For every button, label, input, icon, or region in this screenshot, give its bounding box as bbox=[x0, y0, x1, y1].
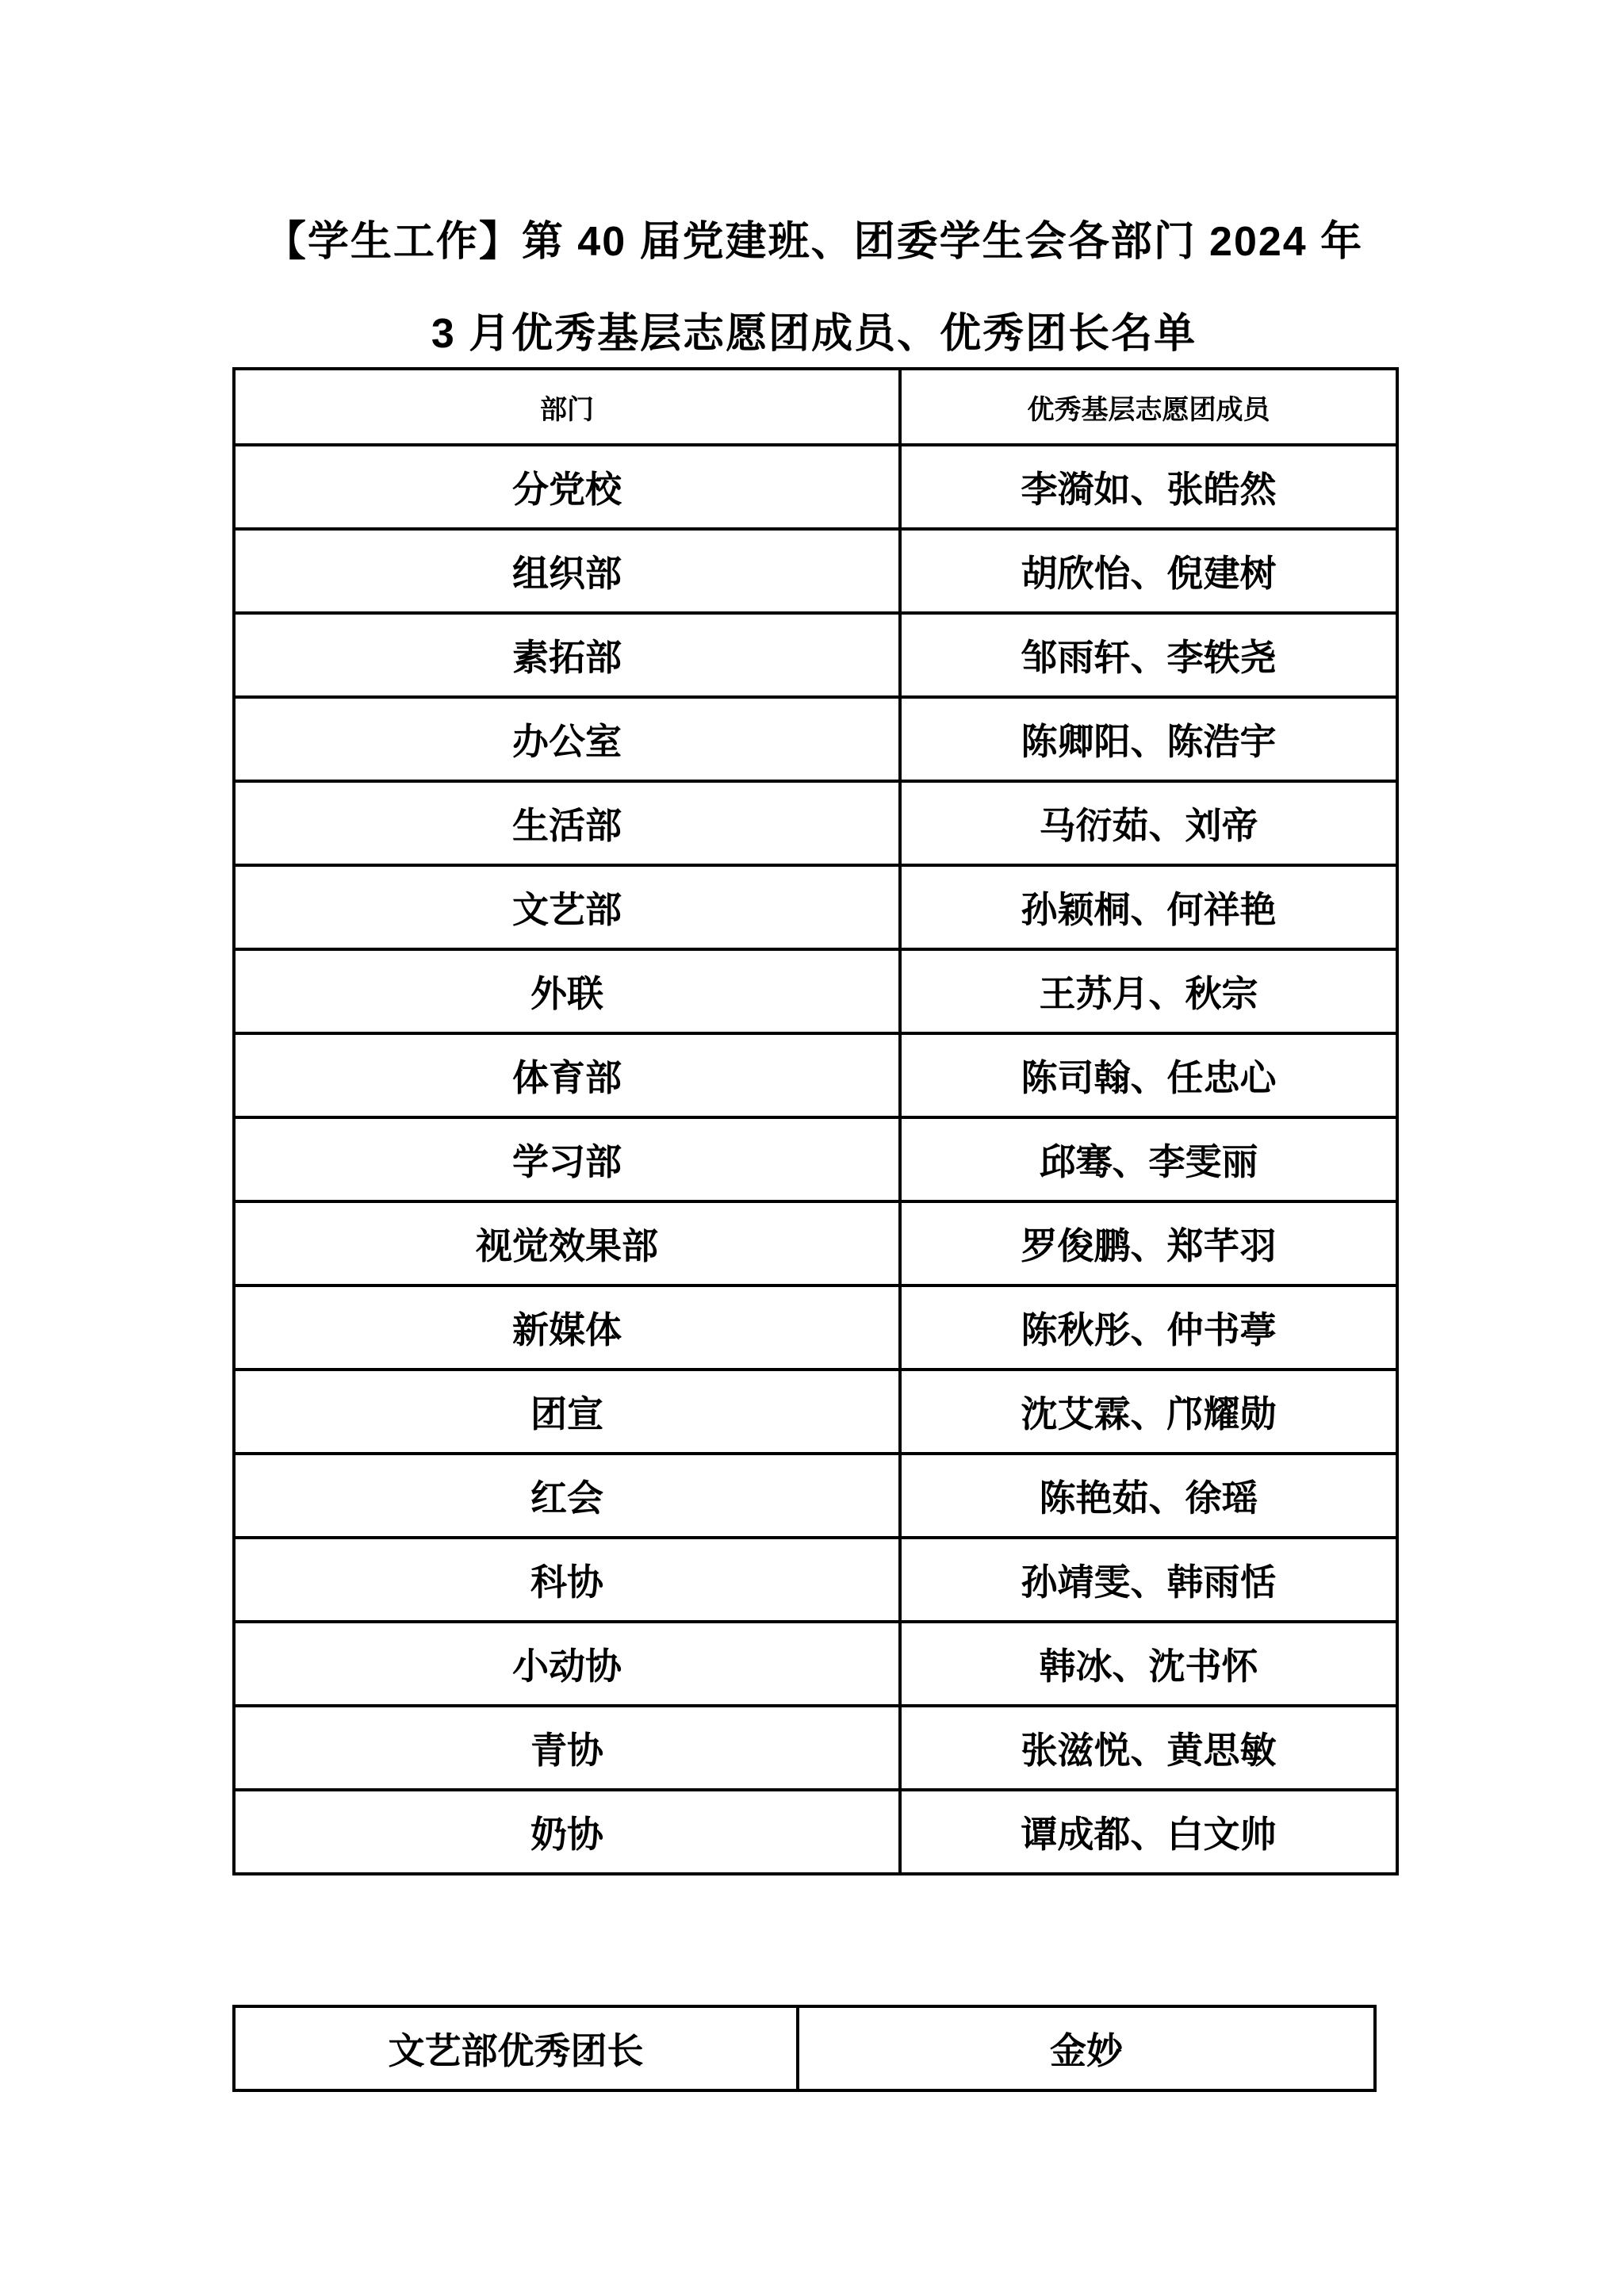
members-cell: 罗俊鹏、郑芊羽 bbox=[900, 1201, 1397, 1285]
department-cell: 分党校 bbox=[234, 445, 900, 529]
table-row: 红会 陈艳茹、徐瑶 bbox=[234, 1454, 1397, 1538]
members-cell: 邹雨轩、李轶尧 bbox=[900, 613, 1397, 697]
members-cell: 陈秋彤、仲书葶 bbox=[900, 1285, 1397, 1370]
members-cell: 陈艳茹、徐瑶 bbox=[900, 1454, 1397, 1538]
table-row: 奶协 谭成都、白文帅 bbox=[234, 1790, 1397, 1874]
leader-label-cell: 文艺部优秀团长 bbox=[234, 2006, 798, 2090]
leader-row: 文艺部优秀团长 金妙 bbox=[234, 2006, 1375, 2090]
members-cell: 陈卿阳、陈浩宇 bbox=[900, 697, 1397, 781]
members-cell: 王苏月、秋宗 bbox=[900, 949, 1397, 1033]
table-row: 分党校 李漪如、张皓然 bbox=[234, 445, 1397, 529]
members-cell: 孙靖雯、韩雨恬 bbox=[900, 1538, 1397, 1622]
table-row: 青协 张滋悦、黄思敏 bbox=[234, 1706, 1397, 1790]
department-cell: 组织部 bbox=[234, 529, 900, 613]
table-row: 科协 孙靖雯、韩雨恬 bbox=[234, 1538, 1397, 1622]
table-row: 外联 王苏月、秋宗 bbox=[234, 949, 1397, 1033]
members-cell: 陈司翰、任忠心 bbox=[900, 1033, 1397, 1117]
table-row: 新媒体 陈秋彤、仲书葶 bbox=[234, 1285, 1397, 1370]
table-row: 组织部 胡欣怡、倪建树 bbox=[234, 529, 1397, 613]
header-cell-department: 部门 bbox=[234, 369, 900, 445]
department-cell: 生活部 bbox=[234, 781, 900, 865]
table-row: 团宣 沈艾霖、邝耀勋 bbox=[234, 1370, 1397, 1454]
table-row: 文艺部 孙颖桐、何祥艳 bbox=[234, 865, 1397, 949]
department-cell: 奶协 bbox=[234, 1790, 900, 1874]
department-cell: 文艺部 bbox=[234, 865, 900, 949]
department-cell: 小动协 bbox=[234, 1622, 900, 1706]
department-members-table: 部门 优秀基层志愿团成员 分党校 李漪如、张皓然 组织部 胡欣怡、倪建树 素拓部… bbox=[232, 367, 1399, 1875]
members-cell: 沈艾霖、邝耀勋 bbox=[900, 1370, 1397, 1454]
leader-name-cell: 金妙 bbox=[798, 2006, 1375, 2090]
table-row: 体育部 陈司翰、任忠心 bbox=[234, 1033, 1397, 1117]
department-cell: 青协 bbox=[234, 1706, 900, 1790]
department-cell: 素拓部 bbox=[234, 613, 900, 697]
header-cell-members: 优秀基层志愿团成员 bbox=[900, 369, 1397, 445]
page-title-line-1: 【学生工作】第 40 届党建班、团委学生会各部门 2024 年 bbox=[232, 208, 1396, 267]
table-row: 办公室 陈卿阳、陈浩宇 bbox=[234, 697, 1397, 781]
department-cell: 办公室 bbox=[234, 697, 900, 781]
document-page: 【学生工作】第 40 届党建班、团委学生会各部门 2024 年 3 月优秀基层志… bbox=[0, 0, 1624, 2295]
members-cell: 李漪如、张皓然 bbox=[900, 445, 1397, 529]
table-header-row: 部门 优秀基层志愿团成员 bbox=[234, 369, 1397, 445]
table-row: 生活部 马衍茹、刘帝 bbox=[234, 781, 1397, 865]
page-title-line-2: 3 月优秀基层志愿团成员、优秀团长名单 bbox=[232, 300, 1396, 359]
members-cell: 张滋悦、黄思敏 bbox=[900, 1706, 1397, 1790]
department-cell: 科协 bbox=[234, 1538, 900, 1622]
department-cell: 红会 bbox=[234, 1454, 900, 1538]
department-cell: 体育部 bbox=[234, 1033, 900, 1117]
members-cell: 马衍茹、刘帝 bbox=[900, 781, 1397, 865]
department-cell: 视觉效果部 bbox=[234, 1201, 900, 1285]
table-row: 视觉效果部 罗俊鹏、郑芊羽 bbox=[234, 1201, 1397, 1285]
table-row: 学习部 邱骞、李雯丽 bbox=[234, 1117, 1397, 1201]
members-cell: 邱骞、李雯丽 bbox=[900, 1117, 1397, 1201]
table-row: 素拓部 邹雨轩、李轶尧 bbox=[234, 613, 1397, 697]
outstanding-leader-table: 文艺部优秀团长 金妙 bbox=[232, 2005, 1377, 2092]
members-cell: 谭成都、白文帅 bbox=[900, 1790, 1397, 1874]
department-cell: 新媒体 bbox=[234, 1285, 900, 1370]
members-cell: 韩冰、沈书怀 bbox=[900, 1622, 1397, 1706]
department-cell: 外联 bbox=[234, 949, 900, 1033]
members-cell: 孙颖桐、何祥艳 bbox=[900, 865, 1397, 949]
members-cell: 胡欣怡、倪建树 bbox=[900, 529, 1397, 613]
department-cell: 学习部 bbox=[234, 1117, 900, 1201]
department-cell: 团宣 bbox=[234, 1370, 900, 1454]
table-row: 小动协 韩冰、沈书怀 bbox=[234, 1622, 1397, 1706]
